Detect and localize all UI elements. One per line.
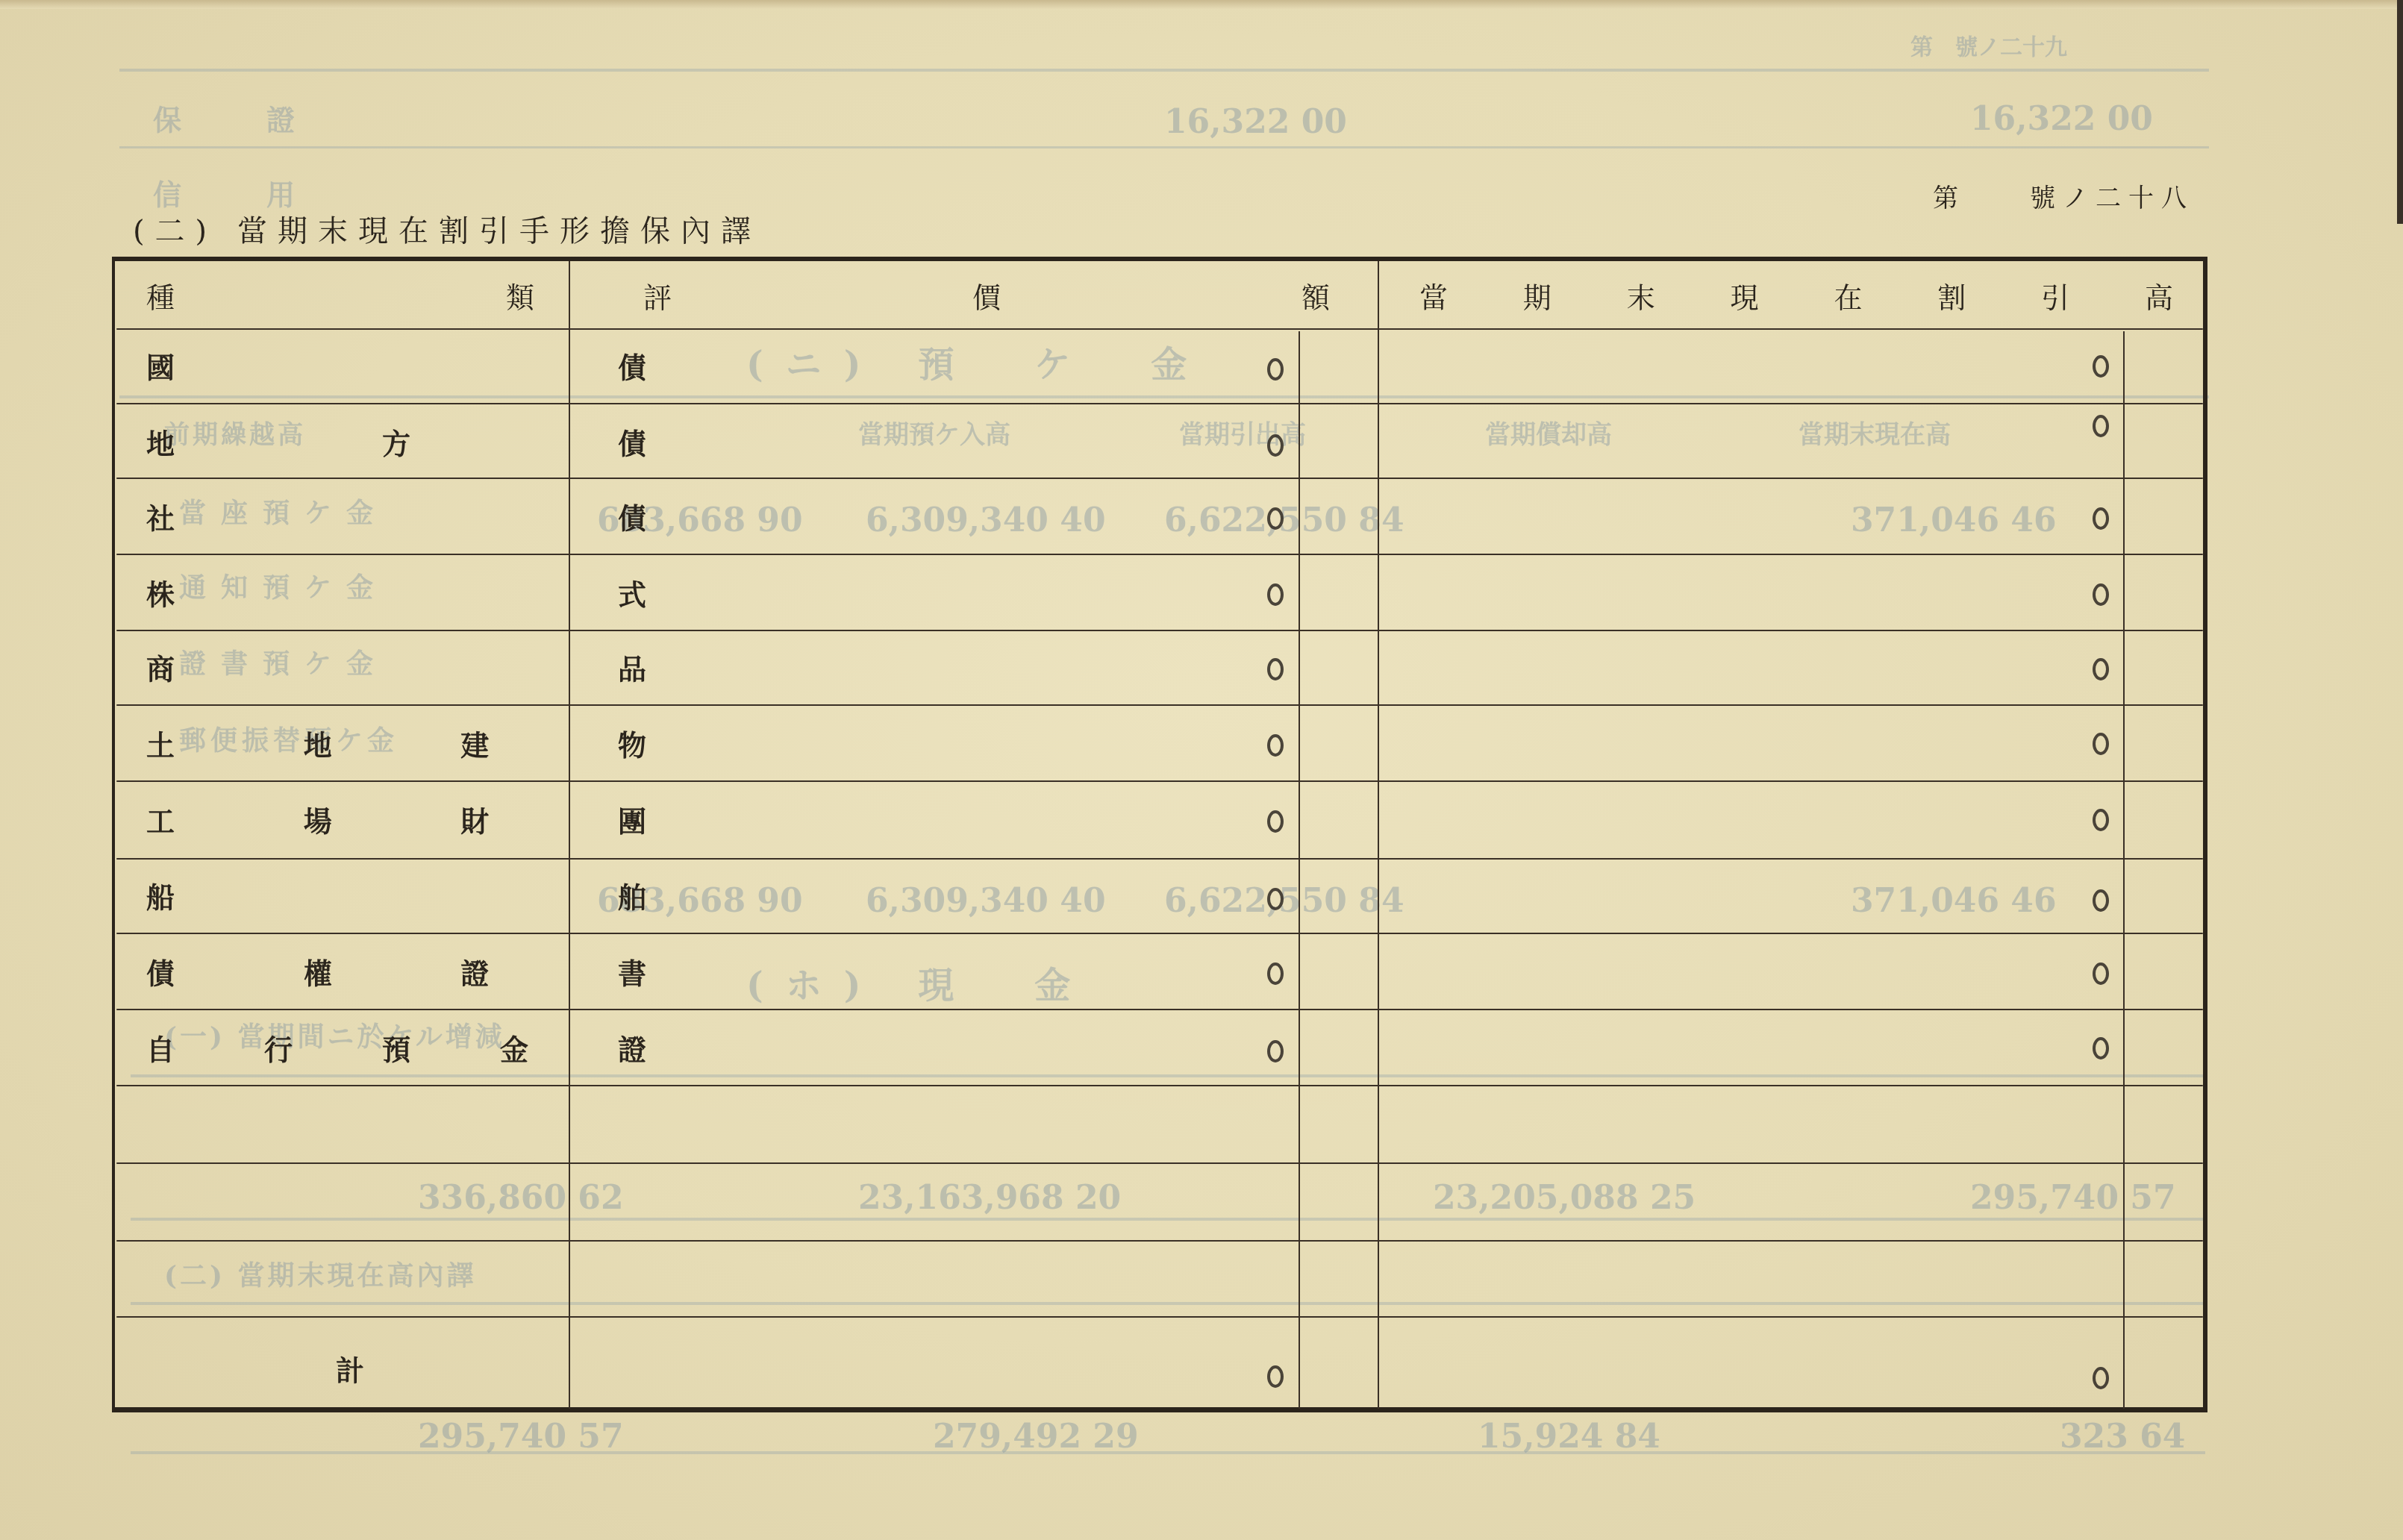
row-label-total: 計 bbox=[336, 1347, 364, 1389]
ghost-rule bbox=[119, 146, 2209, 148]
header-char: 類 bbox=[506, 275, 534, 316]
zero-value-marker bbox=[2093, 733, 2109, 755]
row-label-national-bonds: 國 債 bbox=[146, 345, 646, 386]
ghost-label: 信 用 bbox=[153, 172, 295, 213]
row-rule bbox=[116, 328, 2203, 330]
label-char: 建 bbox=[460, 722, 489, 763]
ghost-rule bbox=[131, 1451, 2205, 1454]
book-binding-edge bbox=[2397, 0, 2403, 224]
row-label-stocks: 株 式 bbox=[146, 572, 646, 613]
ghost-rule bbox=[119, 69, 2209, 72]
label-char: 土 bbox=[146, 722, 175, 763]
column-divider bbox=[1378, 261, 1379, 1409]
header-char: 末 bbox=[1627, 275, 1655, 316]
page-number-prefix: 第 bbox=[1933, 178, 1960, 214]
zero-value-marker bbox=[1267, 888, 1284, 910]
zero-value-marker bbox=[1267, 1040, 1284, 1062]
row-rule bbox=[116, 1240, 2203, 1242]
row-label-local-bonds: 地 方 債 bbox=[146, 421, 646, 462]
table-border-left bbox=[112, 257, 115, 1412]
label-char: 書 bbox=[618, 951, 646, 992]
header-char: 期 bbox=[1523, 275, 1552, 316]
header-char: 現 bbox=[1731, 275, 1759, 316]
label-char: 地 bbox=[146, 421, 175, 462]
header-char: 引 bbox=[2041, 275, 2069, 316]
zero-total-discount bbox=[2093, 1367, 2109, 1389]
label-char: 株 bbox=[146, 572, 175, 613]
row-rule bbox=[116, 858, 2203, 860]
zero-value-marker bbox=[1267, 434, 1284, 457]
row-rule bbox=[116, 780, 2203, 782]
label-char: 債 bbox=[618, 421, 646, 462]
row-label-ships: 船 舶 bbox=[146, 874, 646, 915]
ghost-label: 保 證 bbox=[153, 97, 295, 138]
label-char: 舶 bbox=[618, 874, 646, 915]
zero-value-marker bbox=[2093, 889, 2109, 912]
header-char: 價 bbox=[972, 275, 1001, 316]
zero-value-marker bbox=[1267, 507, 1284, 530]
zero-value-marker bbox=[2093, 415, 2109, 437]
row-rule bbox=[116, 933, 2203, 934]
label-char: 團 bbox=[618, 798, 646, 839]
row-rule bbox=[116, 704, 2203, 706]
ghost-value: 15,924 84 bbox=[1478, 1418, 1660, 1456]
ghost-value: 279,492 29 bbox=[933, 1418, 1139, 1456]
label-char: 金 bbox=[500, 1027, 528, 1068]
row-label-commodities: 商 品 bbox=[146, 646, 646, 687]
label-char: 債 bbox=[618, 495, 646, 536]
header-char: 評 bbox=[643, 275, 672, 316]
label-char: 證 bbox=[460, 951, 489, 992]
table-border-top bbox=[112, 257, 2207, 261]
header-char: 割 bbox=[1937, 275, 1966, 316]
label-char: 國 bbox=[146, 345, 175, 386]
zero-value-marker bbox=[2093, 583, 2109, 606]
page-top-edge bbox=[0, 0, 2403, 9]
zero-value-marker bbox=[1267, 810, 1284, 833]
header-char: 在 bbox=[1834, 275, 1862, 316]
label-char: 品 bbox=[618, 646, 646, 687]
label-char: 商 bbox=[146, 646, 175, 687]
zero-value-marker bbox=[2093, 1037, 2109, 1059]
row-label-factory-foundation: 工 場 財 團 bbox=[146, 798, 646, 839]
row-label-land-buildings: 土 地 建 物 bbox=[146, 722, 646, 763]
row-rule bbox=[116, 554, 2203, 555]
page-number-suffix: 號ノ二十八 bbox=[2030, 178, 2194, 214]
row-label-corporate-bonds: 社 債 bbox=[146, 495, 646, 536]
label-char: 船 bbox=[146, 874, 175, 915]
label-char: 工 bbox=[146, 798, 175, 839]
header-type: 種 類 bbox=[146, 269, 534, 321]
zero-value-marker bbox=[2093, 355, 2109, 378]
row-label-own-deposit-certificates: 自 行 預 金 證 bbox=[146, 1027, 646, 1068]
zero-value-marker bbox=[1267, 358, 1284, 381]
sen-subdivider bbox=[2123, 331, 2125, 1409]
label-char: 自 bbox=[146, 1027, 175, 1068]
row-rule bbox=[116, 478, 2203, 479]
header-char: 種 bbox=[146, 275, 175, 316]
label-char: 地 bbox=[304, 722, 332, 763]
row-rule bbox=[116, 1009, 2203, 1010]
header-valuation: 評 價 額 bbox=[643, 269, 1330, 321]
label-char: 債 bbox=[618, 345, 646, 386]
row-rule bbox=[116, 1162, 2203, 1164]
label-char: 預 bbox=[382, 1027, 410, 1068]
zero-value-marker bbox=[2093, 809, 2109, 831]
row-label-debt-certificates: 債 權 證 書 bbox=[146, 951, 646, 992]
sen-subdivider bbox=[1299, 331, 1300, 1409]
section-title: (二) 當期末現在割引手形擔保內譯 bbox=[133, 207, 761, 250]
ghost-page-number: 第 號ノ二十九 bbox=[1910, 28, 2067, 61]
zero-total-valuation bbox=[1267, 1365, 1284, 1388]
label-char: 權 bbox=[304, 951, 332, 992]
header-char: 高 bbox=[2145, 275, 2173, 316]
zero-value-marker bbox=[2093, 658, 2109, 680]
header-char: 當 bbox=[1419, 275, 1448, 316]
row-rule bbox=[116, 1316, 2203, 1318]
label-char: 方 bbox=[382, 421, 410, 462]
ghost-amount: 16,322 00 bbox=[1970, 100, 2153, 138]
label-char: 社 bbox=[146, 495, 175, 536]
label-char: 財 bbox=[460, 798, 489, 839]
label-char: 式 bbox=[618, 572, 646, 613]
ghost-value: 323 64 bbox=[2060, 1418, 2185, 1456]
label-char: 場 bbox=[304, 798, 332, 839]
ghost-value: 295,740 57 bbox=[418, 1418, 624, 1456]
label-char: 債 bbox=[146, 951, 175, 992]
row-rule bbox=[116, 403, 2203, 404]
header-discount: 當 期 末 現 在 割 引 高 bbox=[1419, 269, 2173, 321]
zero-value-marker bbox=[1267, 734, 1284, 757]
ghost-amount: 16,322 00 bbox=[1164, 103, 1347, 141]
table-border-bottom bbox=[112, 1407, 2207, 1412]
header-char: 額 bbox=[1302, 275, 1330, 316]
zero-value-marker bbox=[1267, 962, 1284, 985]
label-char: 物 bbox=[618, 722, 646, 763]
label-char: 證 bbox=[618, 1027, 646, 1068]
collateral-table: 種 類 評 價 額 當 期 末 現 在 割 引 高 國 債 地 方 債 社 債 bbox=[112, 257, 2207, 1412]
zero-value-marker bbox=[2093, 507, 2109, 530]
zero-value-marker bbox=[2093, 962, 2109, 985]
row-rule bbox=[116, 630, 2203, 631]
label-char: 行 bbox=[264, 1027, 293, 1068]
zero-value-marker bbox=[1267, 583, 1284, 606]
table-border-right bbox=[2203, 257, 2207, 1412]
zero-value-marker bbox=[1267, 658, 1284, 680]
row-rule bbox=[116, 1085, 2203, 1086]
